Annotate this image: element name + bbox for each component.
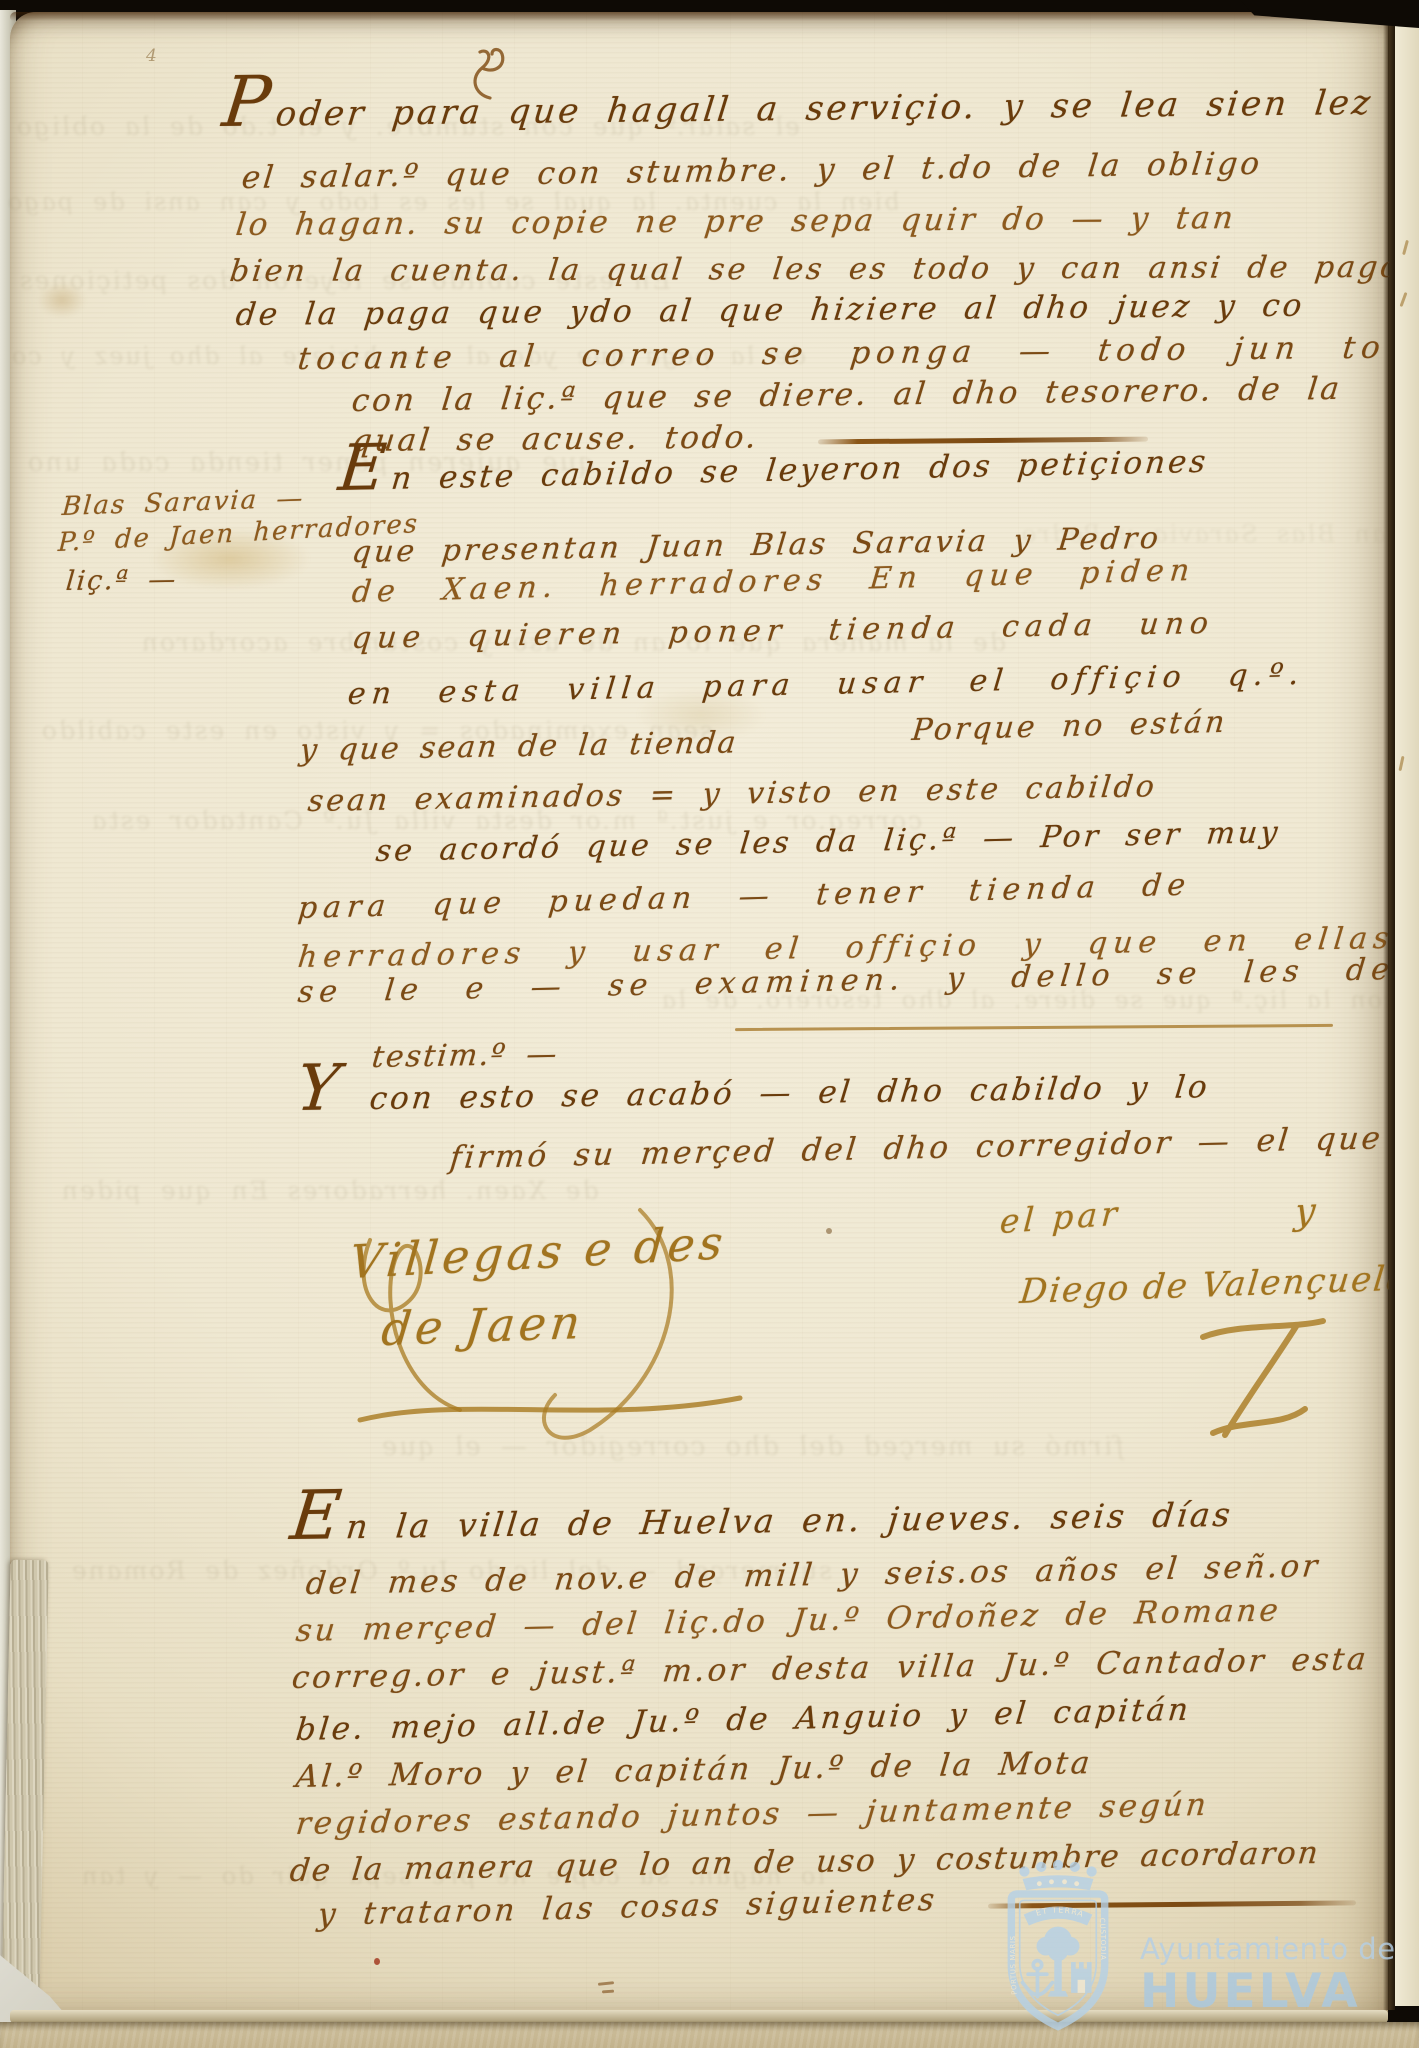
foliation-number: 4	[146, 46, 160, 66]
signature-left-name: de Jaen	[379, 1295, 587, 1356]
huelva-archive-watermark: ET TERRA PORTUS MARIS CUSTODIA Ayuntami	[1002, 1860, 1396, 2038]
binding-gutter-shadow	[1383, 18, 1395, 2010]
anchor-icon	[1023, 1961, 1053, 1997]
shield-motto-right: CUSTODIA	[1098, 1918, 1107, 1961]
red-ink-spot	[374, 1958, 380, 1965]
huelva-coat-of-arms-icon: ET TERRA PORTUS MARIS CUSTODIA	[1002, 1860, 1114, 2038]
signature-right-mark: y	[1293, 1191, 1321, 1234]
shield-motto-left: PORTUS MARIS	[1009, 1935, 1019, 1995]
manuscript-line: qual se acuse. todo.	[350, 419, 761, 459]
svg-text:PORTUS MARIS: PORTUS MARIS	[1009, 1935, 1019, 1995]
manuscript-scan: { "foliation": "4", "margin_note": { "li…	[0, 0, 1419, 2048]
ink-spot	[826, 1228, 832, 1234]
manuscript-line: testim.º —	[370, 1037, 560, 1075]
watermark-org-name: Ayuntamiento de	[1140, 1932, 1396, 1966]
manuscript-line: lo hagan. su copie ne pre sepa quir do —…	[234, 200, 1238, 243]
next-page-edge	[1395, 20, 1419, 2006]
manuscript-line: bien la cuenta. la qual se les es todo y…	[228, 250, 1404, 289]
svg-text:CUSTODIA: CUSTODIA	[1098, 1918, 1107, 1961]
watermark-org-name-bold: HUELVA	[1140, 1964, 1396, 2019]
tower-icon	[1071, 1962, 1092, 1993]
margin-note-line: liç.ª —	[65, 564, 179, 597]
